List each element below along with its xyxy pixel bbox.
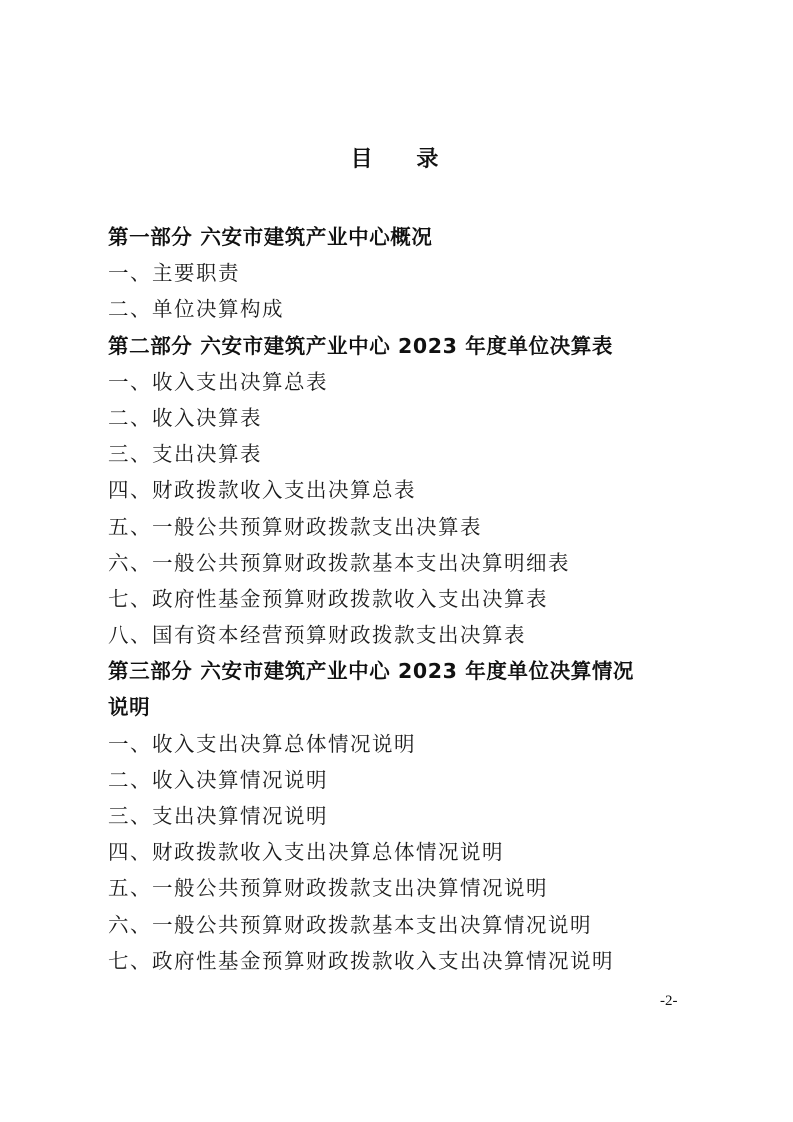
toc-item[interactable]: 六、一般公共预算财政拨款基本支出决算明细表 (108, 545, 708, 581)
toc-item[interactable]: 五、一般公共预算财政拨款支出决算情况说明 (108, 870, 708, 906)
toc-item[interactable]: 一、收入支出决算总体情况说明 (108, 726, 708, 762)
toc-item[interactable]: 七、政府性基金预算财政拨款收入支出决算表 (108, 581, 708, 617)
toc-item[interactable]: 四、财政拨款收入支出决算总体情况说明 (108, 834, 708, 870)
toc-item[interactable]: 四、财政拨款收入支出决算总表 (108, 472, 708, 508)
page-title: 目 录 (0, 143, 793, 177)
toc-item[interactable]: 五、一般公共预算财政拨款支出决算表 (108, 509, 708, 545)
page-number: -2- (660, 993, 678, 1010)
document-page: 目 录 第一部分六安市建筑产业中心概况 一、主要职责 二、单位决算构成 第二部分… (0, 0, 793, 1122)
toc-item[interactable]: 三、支出决算表 (108, 436, 708, 472)
part-label: 第三部分 (108, 659, 192, 683)
part-label: 第二部分 (108, 334, 192, 358)
toc-item[interactable]: 六、一般公共预算财政拨款基本支出决算情况说明 (108, 907, 708, 943)
toc-part-3-heading[interactable]: 第三部分六安市建筑产业中心 2023 年度单位决算情况 (108, 653, 708, 689)
toc-item[interactable]: 二、收入决算情况说明 (108, 762, 708, 798)
table-of-contents: 第一部分六安市建筑产业中心概况 一、主要职责 二、单位决算构成 第二部分六安市建… (108, 219, 708, 979)
toc-item[interactable]: 一、收入支出决算总表 (108, 364, 708, 400)
part-label: 第一部分 (108, 225, 192, 249)
part-title: 六安市建筑产业中心 2023 年度单位决算表 (200, 334, 613, 358)
toc-part-3-heading-continued[interactable]: 说明 (108, 689, 708, 725)
part-title: 六安市建筑产业中心 2023 年度单位决算情况 (200, 659, 634, 683)
toc-part-1-heading[interactable]: 第一部分六安市建筑产业中心概况 (108, 219, 708, 255)
toc-item[interactable]: 八、国有资本经营预算财政拨款支出决算表 (108, 617, 708, 653)
toc-part-2-heading[interactable]: 第二部分六安市建筑产业中心 2023 年度单位决算表 (108, 328, 708, 364)
toc-item[interactable]: 七、政府性基金预算财政拨款收入支出决算情况说明 (108, 943, 708, 979)
part-title: 六安市建筑产业中心概况 (200, 225, 432, 249)
toc-item[interactable]: 三、支出决算情况说明 (108, 798, 708, 834)
toc-item[interactable]: 一、主要职责 (108, 255, 708, 291)
toc-item[interactable]: 二、收入决算表 (108, 400, 708, 436)
toc-item[interactable]: 二、单位决算构成 (108, 291, 708, 327)
